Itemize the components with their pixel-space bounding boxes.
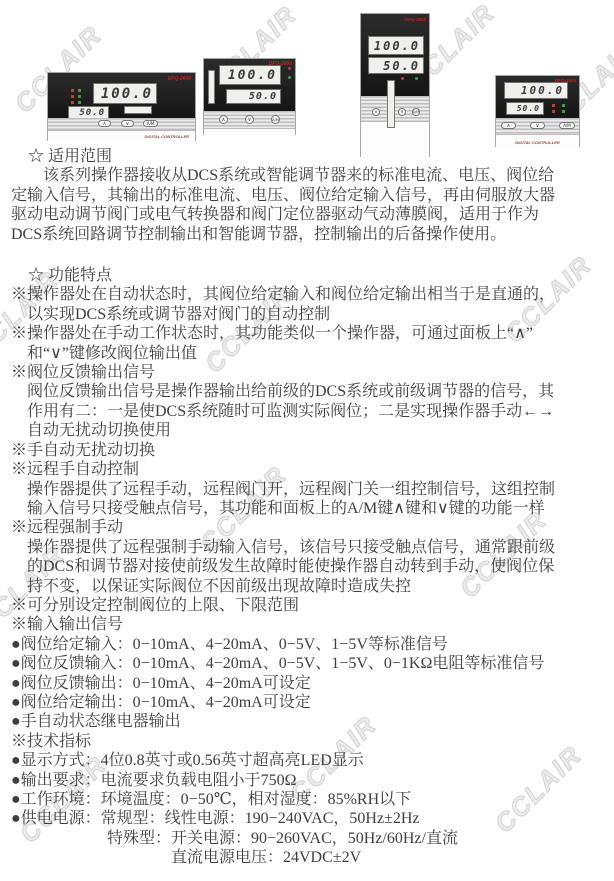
device-faceplate: DFQ-2600 100.0 50.0 — [204, 59, 295, 111]
status-led — [552, 104, 555, 107]
up-button: ∧ — [98, 120, 111, 127]
text-line: ※操作器处在手动工作状态时，其功能类似一个操作器，可通过面板上“∧” — [11, 324, 607, 343]
sv-display: 50.0 — [506, 102, 544, 115]
auto-manual-button: A/M — [412, 108, 420, 116]
button-band: ∧ ∨ A/M — [361, 96, 429, 121]
device-footer-label: DIGITAL CONTROLLER — [515, 140, 560, 145]
device-faceplate: DFQ-2600 100.0 50.0 — [496, 76, 579, 118]
button-band: ∧ ∨ A/M — [496, 118, 579, 134]
status-led — [71, 101, 74, 104]
section-heading: ☆ 功能特点 — [11, 266, 607, 285]
down-button: ∨ — [245, 115, 254, 124]
device-faceplate: DFQ-2600 100.0 50.0 — [48, 73, 195, 118]
text-line: ●手自动状态继电器输出 — [11, 712, 607, 731]
down-button: ∨ — [530, 122, 545, 129]
text-line: ※技术指标 — [11, 732, 607, 751]
text-line: ※操作器处在自动状态时，其阀位给定输入和阀位给定输出相当于是直通的， — [11, 285, 607, 304]
text-line: ●显示方式：4位0.8英寸或0.56英寸超高亮LED显示 — [11, 751, 607, 770]
auto-manual-button: A/M — [559, 122, 575, 129]
device-footer: DIGITAL CONTROLLER — [496, 134, 579, 149]
sv-display: 50.0 — [226, 89, 281, 104]
down-button: ∨ — [398, 108, 406, 116]
text-line: ※可分别设定控制阀位的上限、下限范围 — [11, 596, 607, 615]
device-photo-horizontal: DFQ-2600 100.0 50.0 ∧ ∨ A/M DIGITAL CONT… — [47, 72, 196, 141]
status-led — [401, 77, 404, 80]
text-line: 和“∨”键修改阀位输出值 — [11, 344, 607, 363]
text-line: ●阀位反馈输入：0−10mA、4−20mA、0−5V、1−5V、0−1KΩ电阻等… — [11, 654, 607, 673]
text-line: ※远程手自动控制 — [11, 460, 607, 479]
text-line: ●阀位给定输出：0−10mA、4−20mA可设定 — [11, 693, 607, 712]
status-led — [78, 95, 81, 98]
status-led — [562, 110, 565, 113]
text-line: 的DCS和调节器对接使前级发生故障时能使操作器自动转到手动，使阀位保 — [11, 557, 607, 576]
pv-display: 100.0 — [219, 65, 281, 85]
device-footer-label: DIGITAL CONTROLLER — [144, 134, 189, 139]
valve-scale-bar — [387, 80, 395, 128]
device-photo-small: DFQ-2600 100.0 50.0 ∧ ∨ A/M DIGITAL CONT… — [495, 75, 580, 147]
status-led — [78, 101, 81, 104]
down-button: ∨ — [121, 120, 134, 127]
button-band: ∧ ∨ A/M — [48, 118, 195, 130]
text-line: 输入信号只接受触点信号，其功能和面板上的A/M键∧键和∨键的功能一样 — [11, 499, 607, 518]
text-line: 自动无扰动切换使用 — [11, 421, 607, 440]
device-model-label: DFQ-2600 — [405, 17, 426, 23]
valve-scale-bar — [124, 106, 152, 114]
pv-display: 100.0 — [504, 82, 568, 99]
device-model-label: DFQ-2600 — [168, 76, 191, 82]
text-line: 特殊型：开关电源：90−260VAC，50Hz/60Hz/直流 — [11, 829, 607, 848]
text-line: 定输入信号，其输出的标准电流、电压、阀位给定输入信号，再由伺服放大器 — [11, 186, 607, 205]
status-led — [562, 104, 565, 107]
section: ☆ 适用范围 该系列操作器接收从DCS系统或智能调节器来的标准电流、电压、阀位给… — [11, 147, 607, 244]
device-photo-square: DFQ-2600 100.0 50.0 ∧ ∨ A/M — [203, 58, 296, 135]
text-line: ※手自动无扰动切换 — [11, 441, 607, 460]
pv-display: 100.0 — [368, 36, 424, 55]
text-line: ●输出要求：电流要求负载电阻小于750Ω — [11, 771, 607, 790]
status-led — [71, 89, 74, 92]
device-footer — [361, 121, 429, 159]
section: ☆ 功能特点※操作器处在自动状态时，其阀位给定输入和阀位给定输出相当于是直通的，… — [11, 266, 607, 868]
text-line: ●阀位反馈输出：0−10mA、4−20mA可设定 — [11, 674, 607, 693]
text-line: ●供电电源：常规型：线性电源：190−240VAC，50Hz±2Hz — [11, 809, 607, 828]
text-line: 操作器提供了远程手动，远程阀门开，远程阀门关一组控制信号，这组控制 — [11, 480, 607, 499]
document-text: ☆ 适用范围 该系列操作器接收从DCS系统或智能调节器来的标准电流、电压、阀位给… — [11, 147, 607, 868]
sv-display: 50.0 — [368, 57, 424, 74]
up-button: ∧ — [372, 108, 380, 116]
valve-scale-bar — [208, 70, 215, 104]
status-led — [288, 67, 291, 70]
section-heading: ☆ 适用范围 — [11, 147, 607, 166]
device-photo-vertical: DFQ-2600 100.0 50.0 ∧ ∨ A/M — [360, 13, 430, 157]
device-footer — [204, 128, 295, 137]
status-led — [71, 95, 74, 98]
up-button: ∧ — [219, 115, 228, 124]
text-line: 该系列操作器接收从DCS系统或智能调节器来的标准电流、电压、阀位给 — [11, 166, 607, 185]
text-line: ※输入输出信号 — [11, 615, 607, 634]
up-button: ∧ — [501, 122, 516, 129]
text-line: 驱动电动调节阀门或电气转换器和阀门定位器驱动气动薄膜阀，适用于作为 — [11, 205, 607, 224]
auto-manual-button: A/M — [143, 120, 158, 127]
text-line: 以实现DCS系统或调节器对阀门的自动控制 — [11, 305, 607, 324]
text-line: ●阀位给定输入：0−10mA、4−20mA、0−5V、1−5V等标准信号 — [11, 635, 607, 654]
device-footer: DIGITAL CONTROLLER — [48, 130, 195, 142]
text-line: 操作器提供了远程强制手动输入信号，该信号只接受触点信号，通常跟前级 — [11, 538, 607, 557]
button-band: ∧ ∨ A/M — [204, 111, 295, 128]
text-line: 持不变，以保证实际阀位不因前级出现故障时造成失控 — [11, 577, 607, 596]
pv-display: 100.0 — [93, 83, 157, 104]
auto-manual-button: A/M — [271, 115, 280, 124]
device-faceplate: DFQ-2600 100.0 50.0 — [361, 14, 429, 96]
text-line: ※远程强制手动 — [11, 518, 607, 537]
status-led — [78, 89, 81, 92]
text-line: ※阀位反馈输出信号 — [11, 363, 607, 382]
text-line: 直流电源电压：24VDC±2V — [11, 848, 607, 867]
text-line: DCS系统回路调节控制输出和智能调节器，控制输出的后备操作使用。 — [11, 225, 607, 244]
text-line: 作用有二：一是使DCS系统随时可监测实际阀位；二是实现操作器手动←→ — [11, 402, 607, 421]
text-line: 阀位反馈输出信号是操作器输出给前级的DCS系统或前级调节器的信号，其 — [11, 382, 607, 401]
status-led — [552, 110, 555, 113]
text-line: ●工作环境：环境温度：0−50℃，相对湿度：85%RH以下 — [11, 790, 607, 809]
status-led — [415, 77, 418, 80]
status-led — [288, 76, 291, 79]
datasheet-page: CCLAIR CCLAIR CCLAIR CCLAIR CCLAIR CCLAI… — [0, 0, 614, 881]
